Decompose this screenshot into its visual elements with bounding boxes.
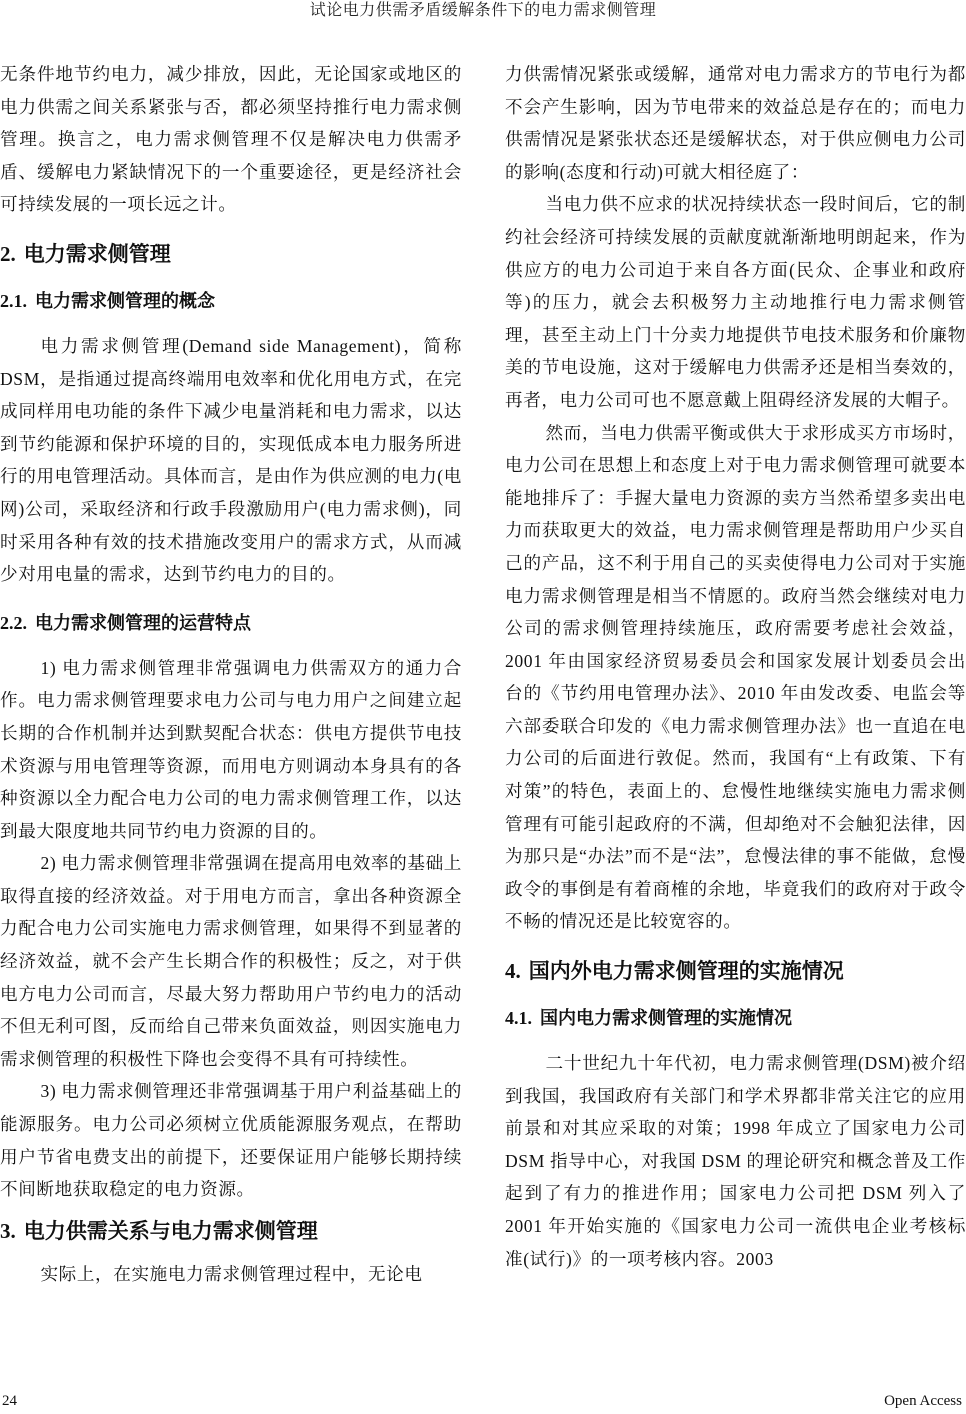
paragraph-2-2-item-1: 1) 电力需求侧管理非常强调电力供需双方的通力合作。电力需求侧管理要求电力公司与… [0, 652, 462, 848]
open-access-label: Open Access [884, 1393, 962, 1410]
section-2-2-heading: 2.2.电力需求侧管理的运营特点 [0, 609, 462, 638]
section-title: 电力需求侧管理的运营特点 [35, 613, 251, 634]
paragraph-3-supply-shortage: 当电力供不应求的状况持续状态一段时间后，它的制约社会经济可持续发展的贡献度就渐渐… [505, 188, 966, 416]
section-number: 3. [0, 1219, 16, 1243]
section-3-heading: 3.电力供需关系与电力需求侧管理 [0, 1216, 462, 1246]
page-number: 24 [2, 1393, 17, 1410]
section-title: 国内外电力需求侧管理的实施情况 [529, 959, 844, 983]
paragraph-4-1: 二十世纪九十年代初，电力需求侧管理(DSM)被介绍到我国，我国政府有关部门和学术… [505, 1047, 966, 1275]
left-column: 无条件地节约电力，减少排放，因此，无论国家或地区的电力供需之间关系紧张与否，都必… [0, 58, 462, 1290]
right-column: 力供需情况紧张或缓解，通常对电力需求方的节电行为都不会产生影响，因为节电带来的效… [505, 58, 966, 1275]
section-number: 2.2. [0, 613, 27, 633]
section-4-heading: 4.国内外电力需求侧管理的实施情况 [505, 956, 966, 986]
paragraph-2-2-item-3: 3) 电力需求侧管理还非常强调基于用户利益基础上的能源服务。电力公司必须树立优质… [0, 1075, 462, 1205]
section-2-1-heading: 2.1.电力需求侧管理的概念 [0, 287, 462, 316]
paragraph-3-supply-balance: 然而，当电力供需平衡或供大于求形成买方市场时，电力公司在思想上和态度上对于电力需… [505, 417, 966, 939]
section-4-1-heading: 4.1.国内电力需求侧管理的实施情况 [505, 1004, 966, 1033]
paragraph-3-start: 实际上，在实施电力需求侧管理过程中，无论电 [0, 1258, 462, 1291]
section-number: 4. [505, 959, 521, 983]
running-header-title: 试论电力供需矛盾缓解条件下的电力需求侧管理 [0, 0, 966, 22]
paragraph-3-continued: 力供需情况紧张或缓解，通常对电力需求方的节电行为都不会产生影响，因为节电带来的效… [505, 58, 966, 188]
section-title: 电力需求侧管理的概念 [35, 291, 215, 312]
section-title: 电力需求侧管理 [24, 242, 171, 266]
section-number: 4.1. [505, 1008, 532, 1028]
section-title: 国内电力需求侧管理的实施情况 [540, 1008, 792, 1029]
section-number: 2.1. [0, 291, 27, 311]
section-number: 2. [0, 242, 16, 266]
paragraph-intro: 无条件地节约电力，减少排放，因此，无论国家或地区的电力供需之间关系紧张与否，都必… [0, 58, 462, 221]
section-title: 电力供需关系与电力需求侧管理 [24, 1219, 318, 1243]
paragraph-2-1: 电力需求侧管理(Demand side Management)，简称DSM，是指… [0, 330, 462, 591]
section-2-heading: 2.电力需求侧管理 [0, 239, 462, 269]
paragraph-2-2-item-2: 2) 电力需求侧管理非常强调在提高用电效率的基础上取得直接的经济效益。对于用电方… [0, 847, 462, 1075]
